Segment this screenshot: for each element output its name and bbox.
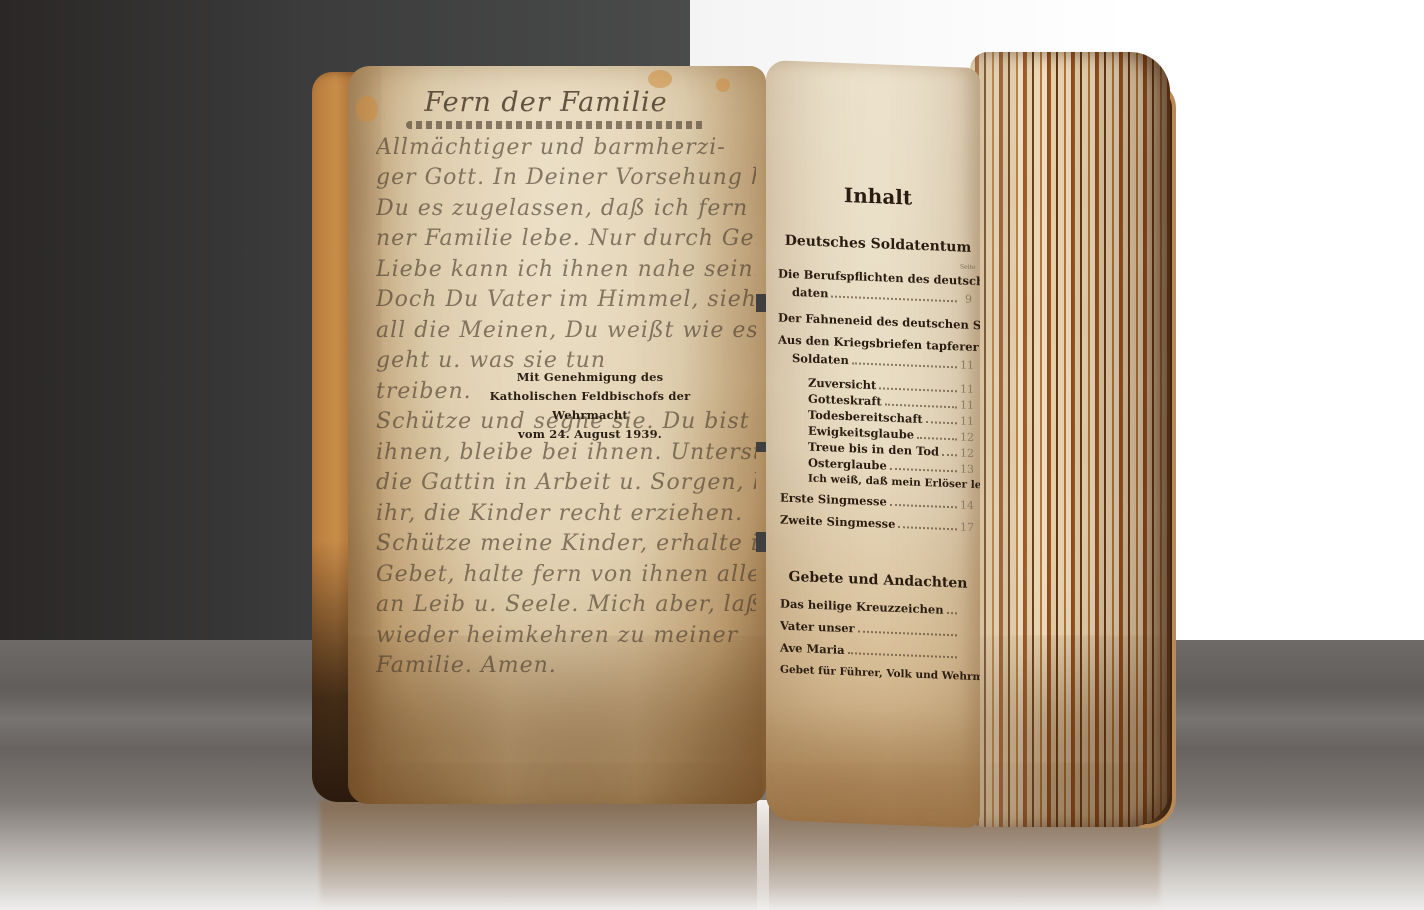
page-fore-edge-shading xyxy=(970,52,1170,827)
handwritten-line: ihr, die Kinder recht erziehen. xyxy=(376,499,756,530)
toc-entry: Zweite Singmesse17 xyxy=(780,513,972,535)
toc-entry: Erste Singmesse14 xyxy=(780,491,972,513)
handwritten-line: Gebet, halte fern von ihnen alles Leid xyxy=(376,560,756,591)
handwritten-line: die Gattin in Arbeit u. Sorgen, hilf xyxy=(376,468,756,499)
torn-edge-notch xyxy=(756,442,766,452)
handwritten-line: wieder heimkehren zu meiner xyxy=(376,621,756,652)
section-heading: Gebete und Andachten xyxy=(778,568,978,592)
toc-entry: Der Fahneneid des deutschen Soldaten 10 xyxy=(778,310,972,332)
imprimatur-line: vom 24. August 1939. xyxy=(460,425,720,444)
photo-scene: Fern der Familie Allmächtiger und barmhe… xyxy=(0,0,1424,910)
page-column-label: Seite xyxy=(960,263,976,271)
handwritten-line: Doch Du Vater im Himmel, siehst xyxy=(376,285,756,316)
toc-entry-continuation: daten 9 xyxy=(792,285,972,307)
section-heading: Deutsches Soldatentum xyxy=(778,232,978,256)
torn-edge-notch xyxy=(756,294,766,312)
handwritten-line: Liebe kann ich ihnen nahe sein. xyxy=(376,255,756,286)
imprimatur-line: Mit Genehmigung des xyxy=(460,368,720,387)
handwritten-line: an Leib u. Seele. Mich aber, laß bald xyxy=(376,590,756,621)
toc-entry: Vater unser xyxy=(780,619,972,640)
torn-edge-notch xyxy=(756,532,766,552)
contents-title: Inhalt xyxy=(778,180,978,212)
right-page-contents: Inhalt Deutsches Soldatentum Seite Die B… xyxy=(766,60,980,828)
paper-stain xyxy=(648,70,672,88)
reflection-light-gap xyxy=(757,800,769,910)
handwritten-line: Du es zugelassen, daß ich fern mei- xyxy=(376,194,756,225)
handwritten-line: Schütze meine Kinder, erhalte ihr xyxy=(376,529,756,560)
handwritten-title: Fern der Familie xyxy=(386,88,706,119)
toc-entry-continuation: Soldaten 11 xyxy=(792,351,972,373)
toc-entry: Die Berufspflichten des deutschen Sol- xyxy=(778,266,958,287)
imprimatur-line: Katholischen Feldbischofs der Wehrmacht xyxy=(460,387,720,425)
left-page: Fern der Familie Allmächtiger und barmhe… xyxy=(348,66,766,804)
toc-entry: Gebet für Führer, Volk und Wehrmacht xyxy=(780,663,976,685)
handwritten-line: ner Familie lebe. Nur durch Geist xyxy=(376,224,756,255)
toc-entry: Ave Maria xyxy=(780,641,972,662)
wavy-underline xyxy=(406,121,706,129)
handwritten-line: ger Gott. In Deiner Vorsehung hast xyxy=(376,163,756,194)
paper-stain xyxy=(356,96,378,122)
handwritten-line: Familie. Amen. xyxy=(376,651,756,682)
printed-imprimatur: Mit Genehmigung des Katholischen Feldbis… xyxy=(460,368,720,444)
handwritten-line: Allmächtiger und barmherzi- xyxy=(376,133,756,164)
handwritten-line: all die Meinen, Du weißt wie es ihnen xyxy=(376,316,756,347)
toc-entry: Das heilige Kreuzzeichen xyxy=(780,597,972,618)
